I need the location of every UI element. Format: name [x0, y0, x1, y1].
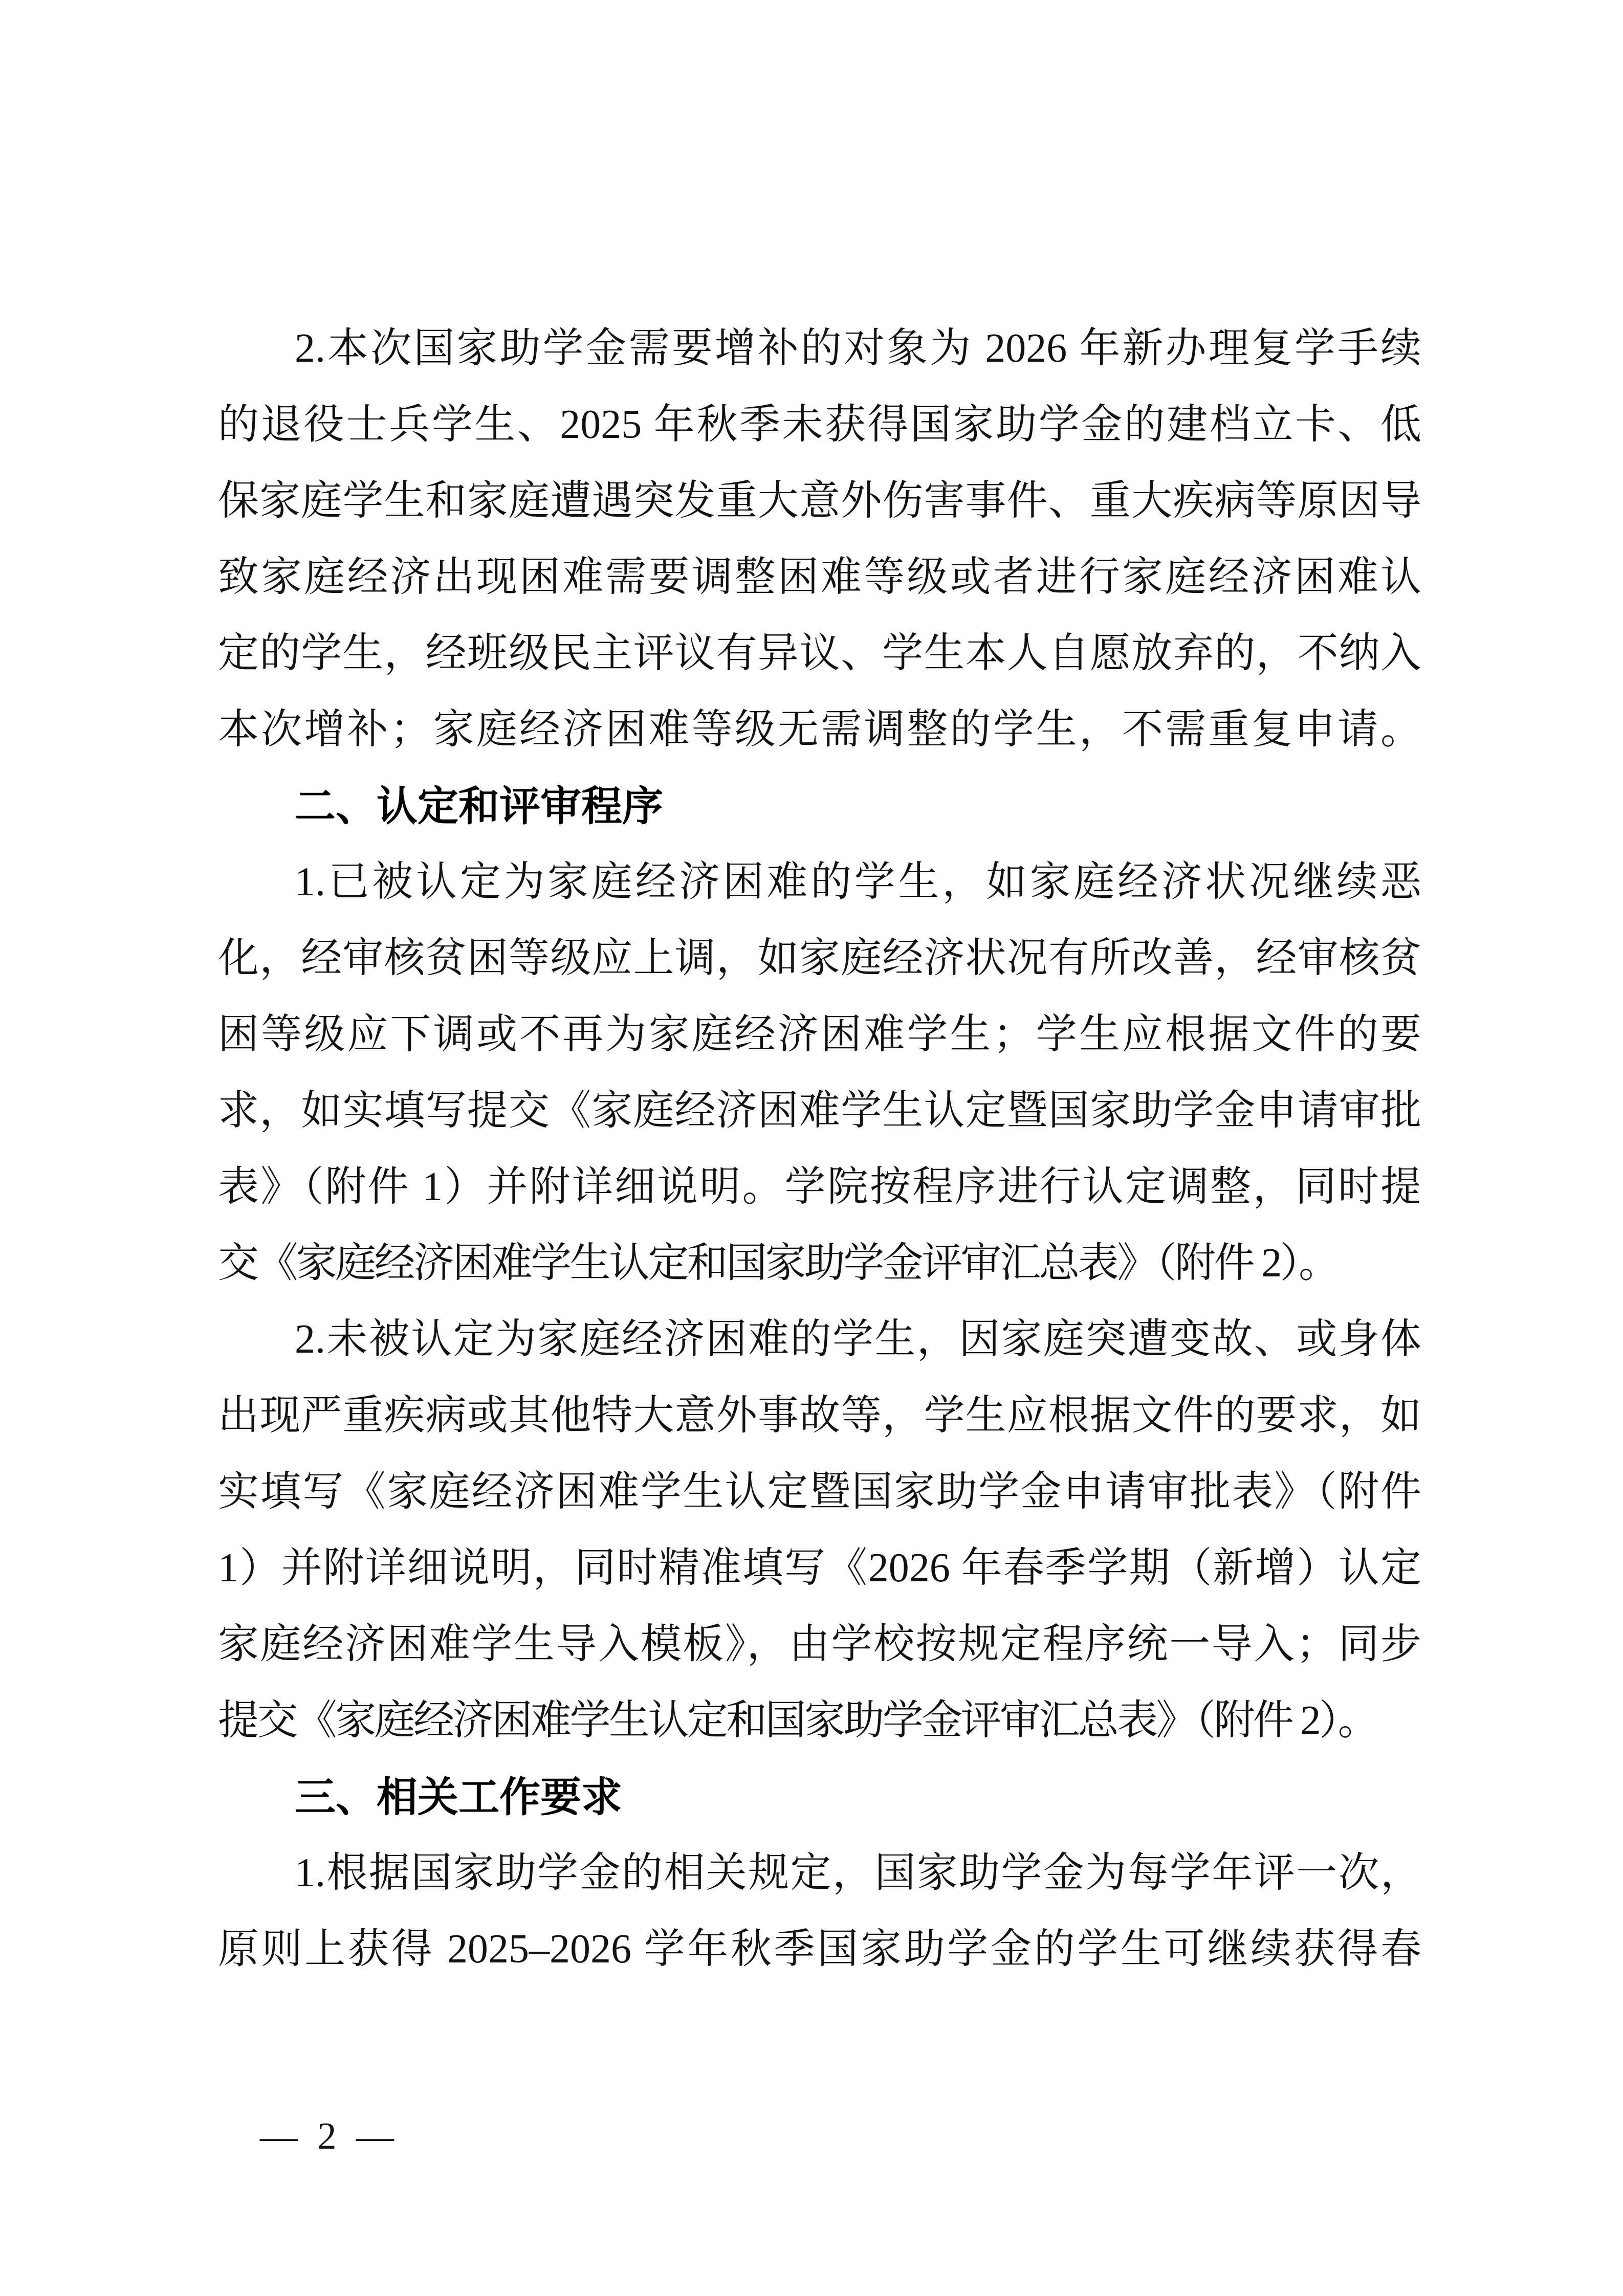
text-line: 提交《家庭经济困难学生认定和国家助学金评审汇总表》（附件 2）。 — [218, 1683, 1421, 1759]
text-line: 的退役士兵学生、2025 年秋季未获得国家助学金的建档立卡、低 — [218, 387, 1421, 463]
page-number: — 2 — — [260, 2112, 399, 2161]
text-line: 1.根据国家助学金的相关规定，国家助学金为每学年评一次， — [218, 1835, 1421, 1911]
text-line: 本次增补；家庭经济困难等级无需调整的学生，不需重复申请。 — [218, 692, 1421, 768]
text-line: 原则上获得 2025–2026 学年秋季国家助学金的学生可继续获得春 — [218, 1911, 1421, 1988]
text-line: 2.未被认定为家庭经济困难的学生，因家庭突遭变故、或身体 — [218, 1301, 1421, 1378]
text-line: 1）并附详细说明，同时精准填写《2026 年春季学期（新增）认定 — [218, 1530, 1421, 1606]
text-line: 2.本次国家助学金需要增补的对象为 2026 年新办理复学手续 — [218, 311, 1421, 387]
document-page: 2.本次国家助学金需要增补的对象为 2026 年新办理复学手续 的退役士兵学生、… — [0, 0, 1623, 2296]
section-heading: 二、认定和评审程序 — [218, 768, 1421, 844]
text-line: 交《家庭经济困难学生认定和国家助学金评审汇总表》（附件 2）。 — [218, 1225, 1421, 1301]
text-line: 家庭经济困难学生导入模板》，由学校按规定程序统一导入；同步 — [218, 1606, 1421, 1683]
text-line: 化，经审核贫困等级应上调，如家庭经济状况有所改善，经审核贫 — [218, 920, 1421, 997]
text-line: 求，如实填写提交《家庭经济困难学生认定暨国家助学金申请审批 — [218, 1073, 1421, 1149]
text-line: 实填写《家庭经济困难学生认定暨国家助学金申请审批表》（附件 — [218, 1454, 1421, 1530]
document-body: 2.本次国家助学金需要增补的对象为 2026 年新办理复学手续 的退役士兵学生、… — [218, 311, 1421, 1988]
text-line: 致家庭经济出现困难需要调整困难等级或者进行家庭经济困难认 — [218, 539, 1421, 615]
text-line: 出现严重疾病或其他特大意外事故等，学生应根据文件的要求，如 — [218, 1378, 1421, 1454]
text-line: 表》（附件 1）并附详细说明。学院按程序进行认定调整，同时提 — [218, 1149, 1421, 1225]
section-heading: 三、相关工作要求 — [218, 1759, 1421, 1835]
text-line: 定的学生，经班级民主评议有异议、学生本人自愿放弃的，不纳入 — [218, 615, 1421, 692]
text-line: 保家庭学生和家庭遭遇突发重大意外伤害事件、重大疾病等原因导 — [218, 463, 1421, 539]
text-line: 1.已被认定为家庭经济困难的学生，如家庭经济状况继续恶 — [218, 844, 1421, 920]
text-line: 困等级应下调或不再为家庭经济困难学生；学生应根据文件的要 — [218, 997, 1421, 1073]
